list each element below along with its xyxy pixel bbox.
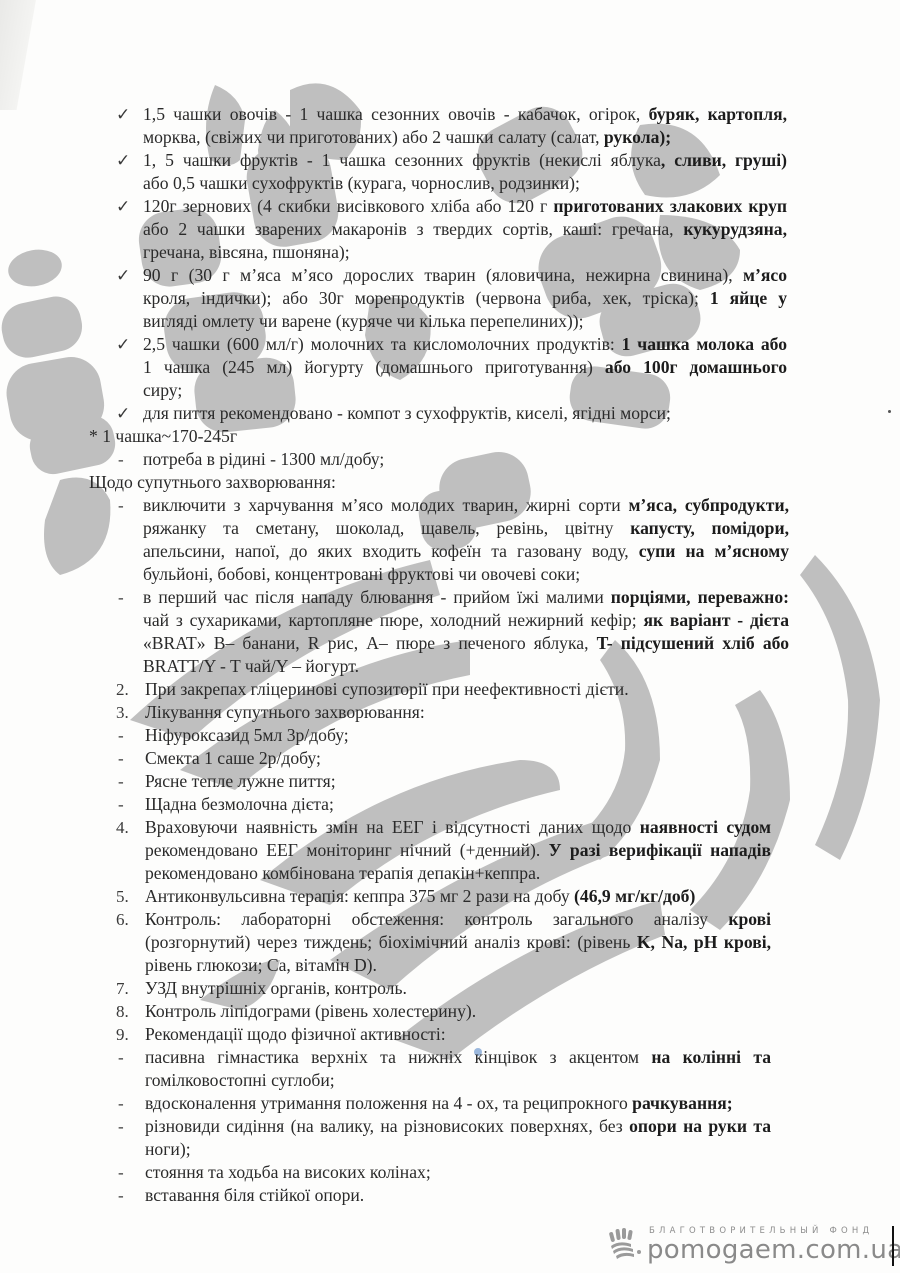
numbered-item: Контроль: лабораторні обстеження: контро… [145,908,771,931]
checkmark-icon: ✓ [116,195,130,218]
dash-bullet: - [118,1161,124,1184]
comorbidity-list-item: ряжанку та сметану, шоколад, щавель, рев… [143,517,789,540]
dash-bullet: - [118,1115,124,1138]
sub-item: вдосконалення утримання положення на 4 -… [145,1092,733,1115]
diet-list-item: кроля, індички); або 30г морепродуктів (… [143,287,787,310]
list-number: 8. [116,1000,129,1023]
numbered-item: Контроль ліпідограми (рівень холестерину… [145,1000,476,1023]
dash-bullet: - [118,1092,124,1115]
numbered-item: рекомендовано ЕЕГ моніторинг нічний (+де… [145,839,771,862]
numbered-item: Антиконвульсивна терапія: кеппра 375 мг … [145,885,695,908]
diet-list-item: морква, (свіжих чи приготованих) або 2 ч… [143,126,671,149]
checkmark-icon: ✓ [116,264,130,287]
list-number: 4. [116,816,129,839]
dash-bullet: - [118,1184,124,1207]
comorbidity-list-item: бульйоні, бобові, концентровані фруктові… [143,563,580,586]
sub-item: Щадна безмолочна дієта; [145,793,334,816]
numbered-item: Рекомендації щодо фізичної активності: [145,1023,446,1046]
diet-list-item: або 2 чашки зварених макаронів з твердих… [143,218,787,241]
checkmark-icon: ✓ [116,402,130,425]
sub-item: гомілковостопні суглоби; [145,1069,335,1092]
diet-list-item: 90 г (30 г м’яса м’ясо дорослих тварин (… [143,264,787,287]
numbered-item: рекомендовано комбінована терапія депакі… [145,862,540,885]
dash-bullet: - [118,747,124,770]
sub-item: Рясне тепле лужне пиття; [145,770,336,793]
comorbidity-list-item: в перший час після нападу блювання - при… [143,586,789,609]
checkmark-icon: ✓ [116,333,130,356]
comorbidity-list-item: апельсини, напої, до яких входить кофеїн… [143,540,789,563]
sub-item: Смекта 1 саше 2р/добу; [145,747,321,770]
checkmark-icon: ✓ [116,103,130,126]
sub-item: різновиди сидіння (на валику, на різнови… [145,1115,771,1138]
list-number: 3. [116,701,129,724]
comorbidity-list-item: «BRAT» B– банани, R рис, A– пюре з печен… [143,632,789,655]
section-heading: Щодо супутнього захворювання: [89,471,336,494]
sub-item: пасивна гімнастика верхніх та нижніх кін… [145,1046,771,1069]
sub-item: вставання біля стійкої опори. [145,1184,364,1207]
numbered-item: (розгорнутий) через тиждень; біохімічний… [145,931,771,954]
diet-list-item: 1, 5 чашки фруктів - 1 чашка сезонних фр… [143,149,787,172]
numbered-item: Лікування супутнього захворювання: [145,701,425,724]
sub-item: ноги); [145,1138,191,1161]
numbered-item: При закрепах гліцеринові супозиторії при… [145,678,629,701]
comorbidity-list-item: виключити з харчування м’ясо молодих тва… [143,494,789,517]
dash-bullet: - [118,793,124,816]
diet-list-item: сиру; [143,379,182,402]
document-page: ✓1,5 чашки овочів - 1 чашка сезонних ово… [0,0,900,1273]
numbered-item: рівень глюкози; Са, вітамін D). [145,954,377,977]
diet-list-item: або 0,5 чашки сухофруктів (курага, чорно… [143,172,580,195]
list-number: 2. [116,678,129,701]
numbered-item: УЗД внутрішніх органів, контроль. [145,977,407,1000]
diet-list-item: для пиття рекомендовано - компот з сухоф… [143,402,671,425]
footer-url: pomogaem.com.ua [647,1235,900,1265]
diet-list-item: 120г зернових (4 скибки висівкового хліб… [143,195,787,218]
sub-item: Ніфуроксазид 5мл 3р/добу; [145,724,349,747]
list-number: 9. [116,1023,129,1046]
list-number: 5. [116,885,129,908]
dash-bullet: - [118,770,124,793]
list-number: 6. [116,908,129,931]
diet-list-item: гречана, вівсяна, пшоняна); [143,241,350,264]
sub-item: стояння та ходьба на високих колінах; [145,1161,431,1184]
comorbidity-list-item: BRATT/Y - T чай/Y – йогурт. [143,655,359,678]
cup-footnote: * 1 чашка~170-245г [89,425,237,448]
hand-fingerprint-icon [607,1228,643,1264]
footer-logo: БЛАГОТВОРИТЕЛЬНЫЙ ФОНД pomogaem.com.ua [607,1226,897,1266]
numbered-item: Враховуючи наявність змін на ЕЕГ і відсу… [145,816,771,839]
comorbidity-list-item: чай з сухариками, картопляне пюре, холод… [143,609,789,632]
diet-list-item: 2,5 чашки (600 мл/г) молочних та кисломо… [143,333,787,356]
diet-list-item: вигляді омлету чи варене (куряче чи кіль… [143,310,584,333]
diet-list-item: 1 чашка (245 мл) йогурту (домашнього при… [143,356,787,379]
scan-speck [888,410,891,413]
diet-list-item: 1,5 чашки овочів - 1 чашка сезонних овоч… [143,103,787,126]
fluid-need-item: потреба в рідині - 1300 мл/добу; [143,448,384,471]
dash-bullet: - [118,1046,124,1069]
dash-bullet: - [118,586,124,609]
dash-bullet: - [118,448,124,471]
checkmark-icon: ✓ [116,149,130,172]
dash-bullet: - [118,724,124,747]
scan-edge-bar [892,1226,894,1266]
dash-bullet: - [118,494,124,517]
list-number: 7. [116,977,129,1000]
